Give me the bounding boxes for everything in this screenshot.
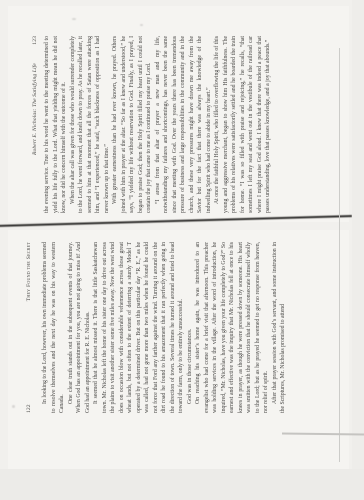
- scan-speck: [96, 62, 98, 64]
- book-page-right-surface: Robert E. Nicholas: The Satisfying Life …: [8, 6, 349, 222]
- page-body: In looking to the Lord, however, his own…: [41, 242, 288, 413]
- running-head: Robert E. Nicholas: The Satisfying Life …: [32, 36, 39, 213]
- paragraph: With greater earnestness than he had eve…: [111, 36, 154, 213]
- page-body: the evening service. True to his word he…: [43, 36, 273, 213]
- paragraph: the evening service. True to his word he…: [43, 36, 69, 213]
- page-edge-line-vertical: [339, 48, 340, 462]
- paragraph: In looking to the Lord, however, his own…: [41, 242, 67, 413]
- paragraph: “I arose from that altar of prayer a new…: [154, 36, 214, 213]
- page-number: 122: [26, 404, 33, 413]
- scan-speck: [72, 18, 76, 20]
- paragraph: At once the faithful Holy Spirit, who fi…: [213, 36, 273, 213]
- scanned-book-spread: Robert E. Nicholas: The Satisfying Life …: [0, 0, 364, 500]
- scan-speck: [140, 24, 143, 26]
- scan-speck: [12, 405, 15, 408]
- running-head-title: Robert E. Nicholas: The Satisfying Life: [32, 63, 39, 155]
- running-head: 122 They Found the Secret: [26, 242, 33, 413]
- scan-edge-strip: [352, 0, 364, 500]
- page-number: 123: [32, 36, 39, 45]
- scan-bottom-strip: [0, 469, 364, 500]
- paragraph: After that prayer session with God’s ser…: [271, 242, 288, 413]
- book-page-right: Robert E. Nicholas: The Satisfying Life …: [8, 6, 349, 222]
- paragraph: It seemed that he almost missed it. Ther…: [92, 242, 186, 413]
- paragraph: When the altar call was given for those …: [69, 36, 112, 213]
- paragraph: On reaching his sister’s home again, he …: [194, 242, 271, 413]
- running-head-title: They Found the Secret: [26, 242, 33, 301]
- paragraph: One clear truth stands out in the subseq…: [67, 242, 93, 413]
- paragraph: God was in those circumstances.: [186, 242, 195, 413]
- scan-corner-mark: [0, 0, 9, 4]
